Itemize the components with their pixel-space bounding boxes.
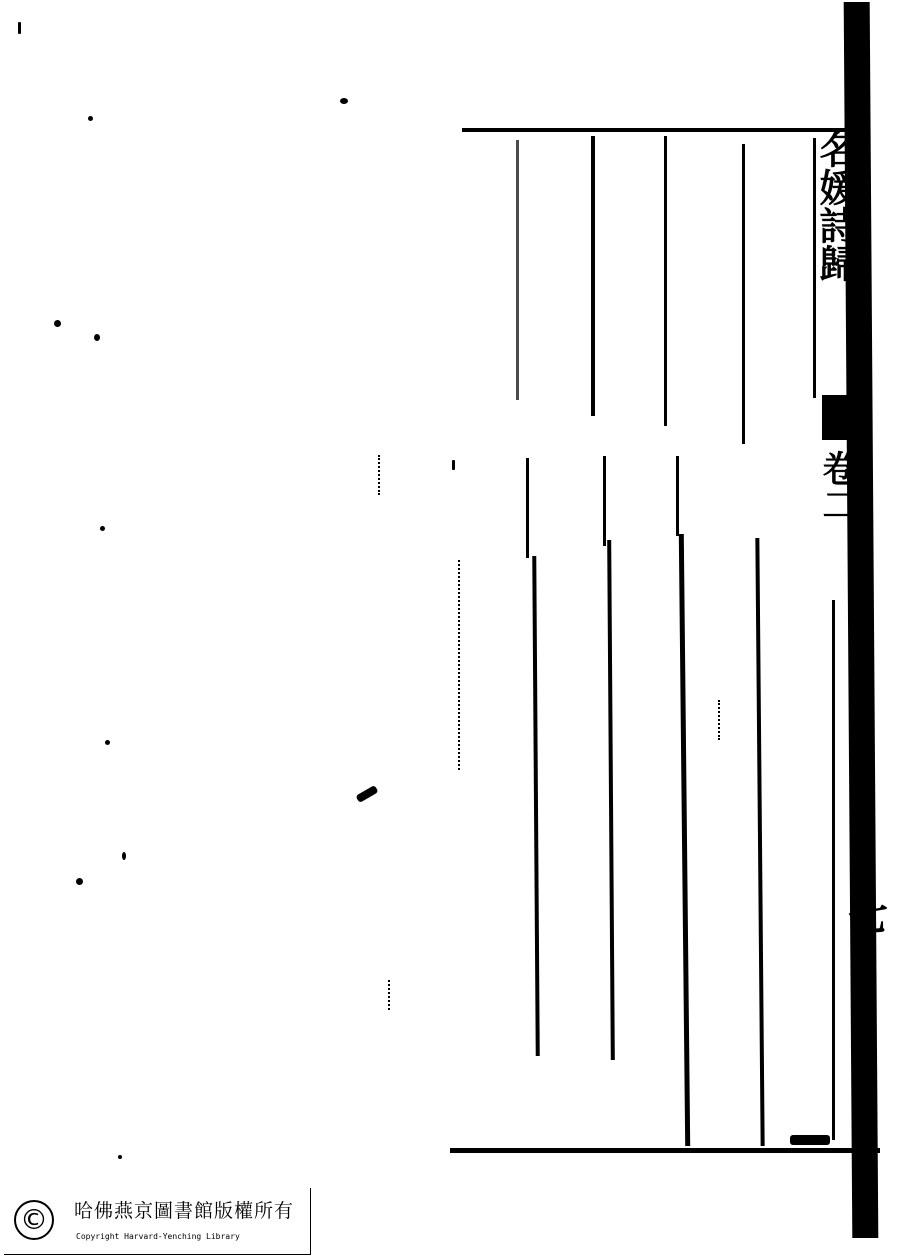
column-line bbox=[679, 534, 690, 1146]
ink-speck bbox=[118, 1155, 122, 1159]
ink-speck bbox=[105, 740, 110, 745]
bleed-through-marks bbox=[718, 700, 720, 740]
bleed-through-marks bbox=[378, 455, 380, 495]
column-line bbox=[532, 556, 539, 1056]
ink-speck bbox=[54, 320, 61, 327]
column-line bbox=[832, 600, 835, 1140]
ink-speck bbox=[355, 785, 378, 803]
book-title: 名媛詩歸 bbox=[818, 130, 858, 282]
ink-speck bbox=[76, 878, 83, 885]
copyright-english-text: Copyright Harvard-Yenching Library bbox=[76, 1232, 240, 1241]
column-line bbox=[755, 538, 764, 1146]
copyright-chinese-text: 哈佛燕京圖書館版權所有 bbox=[74, 1196, 294, 1223]
column-line bbox=[591, 136, 595, 416]
bleed-through-marks bbox=[458, 560, 460, 770]
ink-speck bbox=[88, 116, 93, 121]
ink-speck bbox=[18, 22, 21, 34]
column-line bbox=[516, 140, 519, 400]
ink-speck bbox=[94, 334, 100, 341]
column-line bbox=[664, 136, 667, 426]
column-line bbox=[603, 456, 606, 546]
volume-marker: 卷二 bbox=[824, 450, 860, 522]
ink-speck bbox=[122, 852, 126, 860]
page-number: 七 bbox=[848, 885, 888, 942]
copyright-icon: © bbox=[14, 1200, 54, 1240]
ink-speck bbox=[790, 1135, 830, 1145]
column-line bbox=[676, 456, 679, 536]
column-line bbox=[526, 458, 529, 558]
bleed-through-marks bbox=[388, 980, 390, 1010]
copyright-stamp: © 哈佛燕京圖書館版權所有 Copyright Harvard-Yenching… bbox=[4, 1188, 311, 1255]
ink-speck bbox=[452, 460, 455, 470]
ink-speck bbox=[340, 98, 348, 104]
column-line bbox=[742, 144, 745, 444]
column-line bbox=[607, 540, 615, 1060]
ink-speck bbox=[100, 526, 105, 531]
fish-tail-mark bbox=[822, 395, 852, 440]
scanned-page: 名媛詩歸 卷二 七 © 哈佛燕京圖書館版權所有 Copyright Harvar… bbox=[0, 0, 900, 1260]
top-border-rule bbox=[462, 128, 862, 132]
bottom-border-rule bbox=[450, 1148, 880, 1153]
